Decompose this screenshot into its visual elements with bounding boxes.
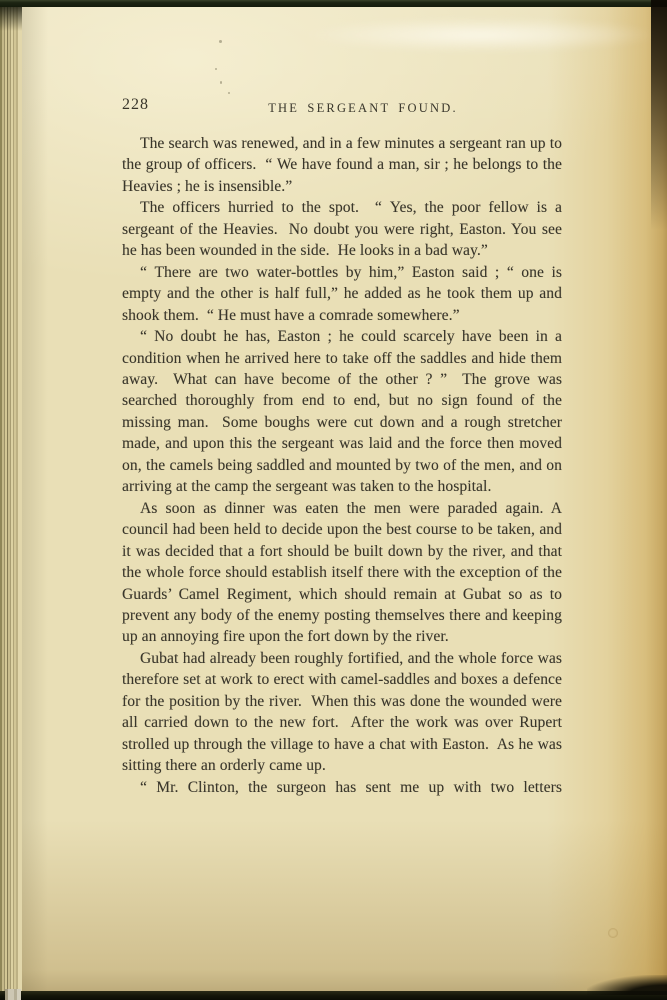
page-surface: 228 THE SERGEANT FOUND. The search was r… — [0, 0, 667, 1000]
page-edge-foot — [5, 989, 21, 1000]
gutter-shadow — [22, 0, 48, 1000]
speck-mark — [228, 92, 230, 94]
page-number: 228 — [122, 96, 149, 114]
page-header: 228 THE SERGEANT FOUND. — [122, 96, 562, 116]
paragraph-7: “ Mr. Clinton, the surgeon has sent me u… — [122, 777, 562, 798]
paragraph-1: The search was renewed, and in a few min… — [122, 133, 562, 197]
running-title: THE SERGEANT FOUND. — [268, 101, 458, 115]
cover-edge-bottom — [0, 991, 667, 1000]
photo-corner-bottom-right — [587, 975, 667, 995]
stain-mark — [608, 928, 618, 938]
speck-mark — [219, 40, 222, 43]
page-curl-shading — [547, 0, 667, 1000]
page-body: The search was renewed, and in a few min… — [122, 133, 562, 798]
paragraph-2: The officers hurried to the spot. “ Yes,… — [122, 197, 562, 261]
speck-mark — [215, 68, 217, 70]
cover-edge-top — [0, 0, 667, 7]
paragraph-3: “ There are two water-bottles by him,” E… — [122, 262, 562, 326]
paragraph-6: Gubat had already been roughly fortified… — [122, 648, 562, 777]
photo-corner-top-right — [651, 0, 667, 230]
printed-content: 228 THE SERGEANT FOUND. The search was r… — [122, 96, 562, 798]
speck-mark — [220, 81, 222, 84]
paragraph-5: As soon as dinner was eaten the men were… — [122, 498, 562, 648]
light-glare — [300, 18, 660, 52]
stacked-page-edges — [0, 5, 22, 1000]
paragraph-4: “ No doubt he has, Easton ; he could sca… — [122, 326, 562, 498]
book-page-photo: 228 THE SERGEANT FOUND. The search was r… — [0, 0, 667, 1000]
